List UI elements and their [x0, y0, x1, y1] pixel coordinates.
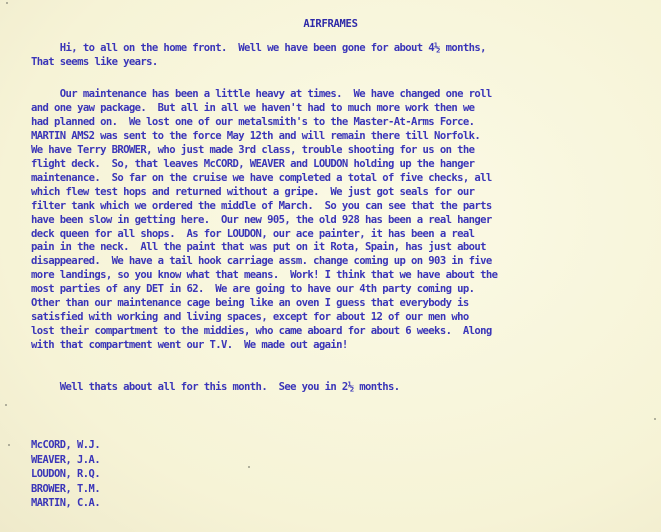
text-line: That seems like years.: [31, 55, 158, 69]
text-line: which flew test hops and returned withou…: [31, 185, 474, 199]
text-line: flight deck. So, that leaves McCORD, WEA…: [31, 157, 474, 171]
typewritten-page: AIRFRAMES Hi, to all on the home front. …: [0, 0, 661, 532]
signature-line: BROWER, T.M.: [31, 483, 100, 495]
text-line: We have Terry BROWER, who just made 3rd …: [31, 143, 474, 157]
text-line: disappeared. We have a tail hook carriag…: [31, 254, 492, 268]
text-line: maintenance. So far on the cruise we hav…: [31, 171, 492, 185]
text-line: satisfied with working and living spaces…: [31, 310, 469, 324]
text-line: had planned on. We lost one of our metal…: [31, 115, 474, 129]
text-line: filter tank which we ordered the middle …: [31, 199, 492, 213]
text-line: deck queen for all shops. As for LOUDON,…: [31, 227, 474, 241]
signature-line: LOUDON, R.Q.: [31, 468, 100, 480]
document-title: AIRFRAMES: [0, 18, 661, 30]
paper-speck: [5, 404, 7, 406]
paper-speck: [248, 466, 250, 468]
paper-speck: [6, 2, 8, 4]
paper-speck: [654, 418, 656, 420]
text-line: more landings, so you know what that mea…: [31, 268, 497, 282]
text-line: Hi, to all on the home front. Well we ha…: [31, 41, 486, 55]
text-line: have been slow in getting here. Our new …: [31, 213, 492, 227]
signature-line: McCORD, W.J.: [31, 439, 100, 451]
signature-line: WEAVER, J.A.: [31, 454, 100, 466]
paper-speck: [8, 444, 10, 446]
text-line: with that compartment went our T.V. We m…: [31, 338, 348, 352]
text-line: Well thats about all for this month. See…: [31, 380, 400, 394]
text-line: Our maintenance has been a little heavy …: [31, 87, 492, 101]
text-line: MARTIN AMS2 was sent to the force May 12…: [31, 129, 480, 143]
text-line: lost their compartment to the middies, w…: [31, 324, 492, 338]
signature-line: MARTIN, C.A.: [31, 497, 100, 509]
text-line: pain in the neck. All the paint that was…: [31, 240, 486, 254]
text-line: Other than our maintenance cage being li…: [31, 296, 469, 310]
text-line: and one yaw package. But all in all we h…: [31, 101, 474, 115]
text-line: most parties of any DET in 62. We are go…: [31, 282, 474, 296]
